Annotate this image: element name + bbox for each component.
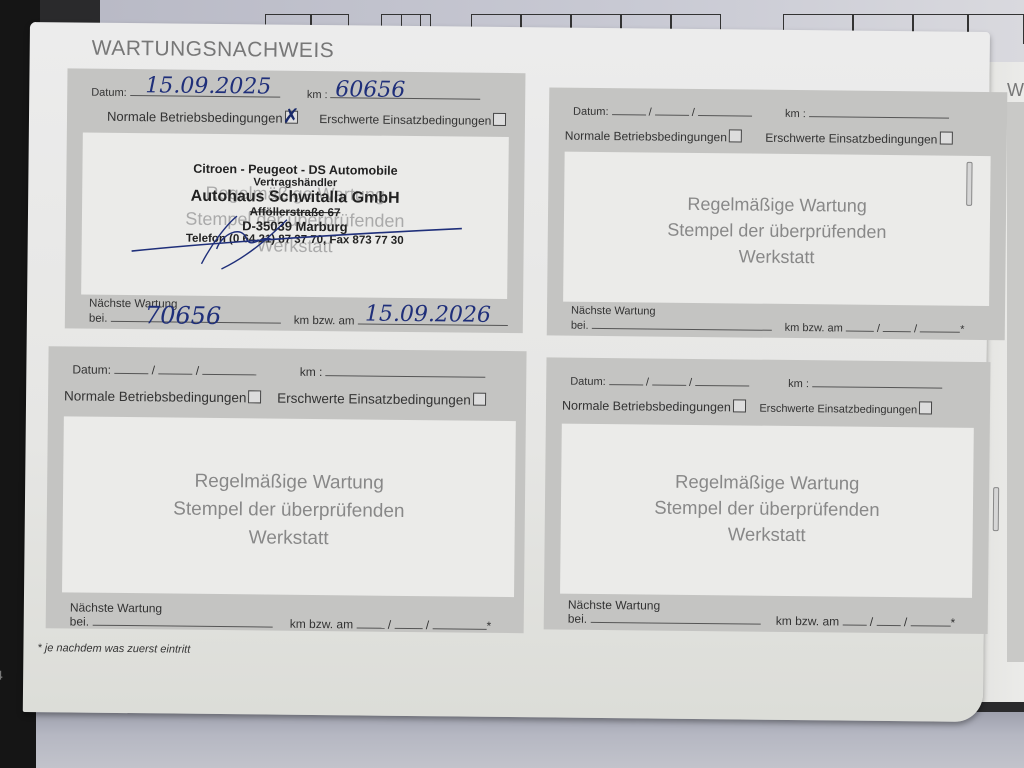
footnote: * je nachdem was zuerst eintritt	[37, 642, 190, 656]
difficult-conditions-checkbox[interactable]	[939, 132, 952, 145]
service-entry-2: Datum: / / km : Normale Betriebsbedingun…	[547, 87, 1008, 340]
km-label: km :	[307, 89, 328, 101]
km-field[interactable]	[326, 365, 486, 378]
service-entry-3: Datum: / / km : Normale Betriebsbedingun…	[46, 346, 527, 633]
date-year-field[interactable]	[698, 105, 752, 117]
page-number: 4	[0, 668, 2, 683]
next-service-km-field[interactable]	[590, 612, 760, 625]
next-service-km-field[interactable]	[92, 615, 272, 628]
staple-icon	[993, 487, 999, 531]
km-field[interactable]	[809, 106, 949, 118]
difficult-conditions-checkbox[interactable]	[473, 393, 486, 406]
date-label: Datum:	[91, 87, 127, 99]
workshop-stamp-area: Regelmäßige Wartung Stempel der überprüf…	[81, 133, 509, 299]
difficult-conditions-checkbox[interactable]	[919, 401, 932, 414]
workshop-stamp-area: Regelmäßige Wartung Stempel der überprüf…	[563, 152, 991, 306]
right-page-heading: W	[1007, 80, 1024, 101]
service-entry-4: Datum: / / km : Normale Betriebsbedingun…	[544, 357, 991, 634]
maintenance-log-page: WARTUNGSNACHWEIS Datum: km : 15.09.2025 …	[23, 22, 990, 722]
date-month-field[interactable]	[655, 105, 689, 116]
stamp-placeholder: Regelmäßige Wartung Stempel der überprüf…	[561, 468, 974, 550]
page-title: WARTUNGSNACHWEIS	[92, 37, 335, 64]
difficult-conditions-checkbox[interactable]	[493, 113, 506, 126]
normal-conditions-checkbox[interactable]	[733, 399, 746, 412]
handwritten-next-date: 15.09.2026	[365, 302, 491, 328]
workshop-stamp-area: Regelmäßige Wartung Stempel der überprüf…	[560, 424, 974, 598]
conditions-row: Normale Betriebsbedingungen Erschwerte E…	[107, 109, 547, 129]
signature-icon	[121, 193, 482, 277]
handwritten-km: 60656	[335, 77, 405, 103]
difficult-conditions-label: Erschwerte Einsatzbedingungen	[319, 112, 491, 128]
stamp-placeholder: Regelmäßige Wartung Stempel der überprüf…	[563, 190, 990, 272]
handwritten-next-km: 70656	[145, 301, 222, 330]
next-service-km-field[interactable]	[592, 318, 772, 331]
normal-conditions-checkbox[interactable]	[729, 129, 742, 142]
km-field[interactable]	[812, 376, 942, 388]
normal-conditions-checkbox[interactable]	[248, 390, 261, 403]
workshop-stamp-area: Regelmäßige Wartung Stempel der überprüf…	[62, 416, 516, 597]
handwritten-date: 15.09.2025	[145, 73, 271, 99]
staple-icon	[966, 162, 972, 206]
date-day-field[interactable]	[612, 104, 646, 115]
stamp-placeholder: Regelmäßige Wartung Stempel der überprüf…	[62, 466, 515, 555]
normal-conditions-label: Normale Betriebsbedingungen	[107, 109, 283, 126]
service-entry-1: Datum: km : 15.09.2025 60656 Normale Bet…	[65, 68, 526, 333]
normal-conditions-checkbox[interactable]	[285, 111, 298, 124]
